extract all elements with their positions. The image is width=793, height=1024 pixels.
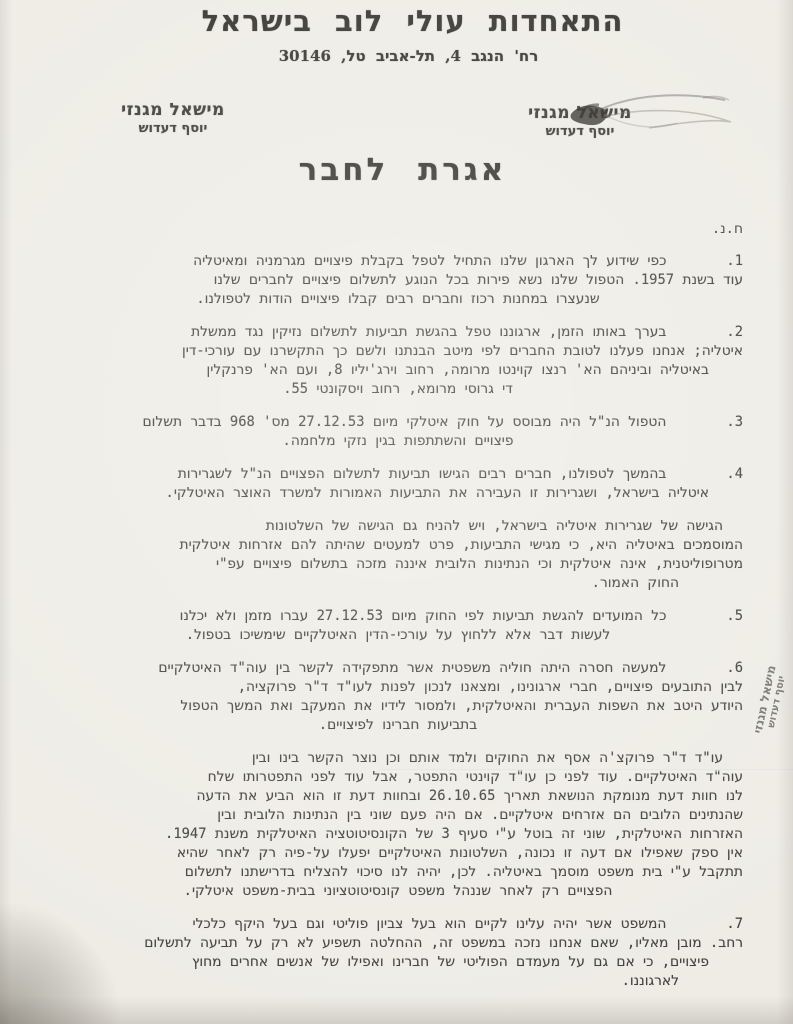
paragraph-line: האזרחות האיטלקית, שוני זה בוטל ע"י סעיף … — [53, 825, 743, 844]
paragraph-text: איטליה בישראל, ושגרירות זו העבירה את התב… — [166, 485, 709, 501]
org-name: התאחדות עולי לוב בישראל — [16, 4, 793, 38]
paragraph-line: פיצויים והשתתפות בגין נזקי מלחמה. — [53, 432, 743, 451]
paragraph-number: 5. — [726, 607, 743, 626]
paragraph: 2.בערך באותו הזמן, ארגוננו טפל בהגשת תבי… — [53, 323, 743, 399]
stamp-name-secondary: יוסף דעדוש — [500, 124, 660, 139]
paragraph-line: 4.בהמשך לטפולנו, חברים רבים הגישו תביעות… — [53, 465, 743, 484]
paragraph-text: עוה"ד האיטלקיים. עוד לפני כן עו"ד קוינטי… — [208, 769, 743, 785]
paragraph-text: רחב. מובן מאליו, שאם אנחנו נזכה במשפט זה… — [144, 935, 743, 951]
paragraph-text: באיטליה וביניהם הא' רנצו קוינטו מרומה, ר… — [207, 362, 709, 378]
paragraph: 7.המשפט אשר יהיה עלינו לקיים הוא בעל צבי… — [53, 915, 743, 991]
paragraph-text: הטפול הנ"ל היה מבוסס על חוק איטלקי מיום … — [142, 414, 666, 430]
paragraph-line: 1.כפי שידוע לך הארגון שלנו התחיל לטפל בק… — [53, 252, 743, 271]
letter-body: ח.נ. 1.כפי שידוע לך הארגון שלנו התחיל לט… — [53, 220, 743, 1005]
paragraph-text: עו"ד ד"ר פרוקצ'ה אסף את החוקים ולמד אותם… — [252, 750, 723, 766]
paragraph-text: די גרוסי מרומא, רחוב ויסקונטי 55. — [283, 381, 513, 397]
paragraph-text: פיצויים והשתתפות בגין נזקי מלחמה. — [283, 433, 514, 449]
paragraph-text: תתקבל ע"י בית משפט מוסמך באיטליה. לכן, י… — [185, 864, 743, 880]
paragraph-text: הגישה של שגרירות איטליה בישראל, ויש להני… — [266, 518, 723, 534]
paragraph-text: שנעצרו במחנות רכוז וחברים רבים קבלו פיצו… — [196, 291, 599, 307]
paragraph-number: 1. — [726, 252, 743, 271]
paragraph-line: די גרוסי מרומא, רחוב ויסקונטי 55. — [53, 380, 743, 399]
paragraph-line: רחב. מובן מאליו, שאם אנחנו נזכה במשפט זה… — [53, 934, 743, 953]
paragraph: 1.כפי שידוע לך הארגון שלנו התחיל לטפל בק… — [53, 252, 743, 309]
paragraph-text: לנו חוות דעת מנומקת הנושאת תאריך 26.10.6… — [196, 788, 743, 804]
paragraph-text: האזרחות האיטלקית, שוני זה בוטל ע"י סעיף … — [165, 826, 743, 842]
paragraph: 4.בהמשך לטפולנו, חברים רבים הגישו תביעות… — [53, 465, 743, 503]
stamp-name: מישאל מגנזי — [500, 103, 660, 123]
paragraph-text: איטליה; אנחנו פעלנו לטובת החברים לפי מיט… — [182, 343, 743, 359]
paragraph: הגישה של שגרירות איטליה בישראל, ויש להני… — [53, 517, 743, 593]
paragraph-line: לארגוננו. — [53, 972, 743, 991]
paragraph-line: באיטליה וביניהם הא' רנצו קוינטו מרומה, ר… — [53, 361, 743, 380]
paragraph: 3.הטפול הנ"ל היה מבוסס על חוק איטלקי מיו… — [53, 413, 743, 451]
stamp-right: מישאל מגנזי יוסף דעדוש — [500, 103, 660, 139]
paragraph-line: פיצויים, כי אם גם על מעמדם הפוליטי של חב… — [53, 953, 743, 972]
paragraph-text: אין ספק שאפילו אם דעה זו נכונה, השלטונות… — [177, 845, 743, 861]
paragraph-line: עוד בשנת 1957. הטפול שלנו נשא פירות בכל … — [53, 271, 743, 290]
paragraph-number: 2. — [726, 323, 743, 342]
paragraph-line: 7.המשפט אשר יהיה עלינו לקיים הוא בעל צבי… — [53, 915, 743, 934]
paragraph-line: הפצויים רק לאחר שננהל משפט קונסיטוטציוני… — [53, 882, 743, 901]
paragraph-line: עוה"ד האיטלקיים. עוד לפני כן עו"ד קוינטי… — [53, 768, 743, 787]
paragraph-line: איטליה בישראל, ושגרירות זו העבירה את התב… — [53, 484, 743, 503]
paragraph-text: לעשות דבר אלא ללחוץ על עורכי-הדין האיטלק… — [186, 627, 611, 643]
paragraph-line: שנעצרו במחנות רכוז וחברים רבים קבלו פיצו… — [53, 290, 743, 309]
paragraph-text: היודע היטב את השפות העברית והאיטלקית, ול… — [180, 698, 743, 714]
salutation: ח.נ. — [53, 220, 743, 239]
paragraph-text: כפי שידוע לך הארגון שלנו התחיל לטפל בקבל… — [193, 253, 666, 269]
paragraph-line: 3.הטפול הנ"ל היה מבוסס על חוק איטלקי מיו… — [53, 413, 743, 432]
paragraph: עו"ד ד"ר פרוקצ'ה אסף את החוקים ולמד אותם… — [53, 749, 743, 901]
paragraph-line: הגישה של שגרירות איטליה בישראל, ויש להני… — [53, 517, 743, 536]
paragraph-line: שהנתינים הלובים הם אזרחים איטלקיים. אם ה… — [53, 806, 743, 825]
stamp-name-secondary: יוסף דעדוש — [93, 121, 253, 136]
paragraph-line: אין ספק שאפילו אם דעה זו נכונה, השלטונות… — [53, 844, 743, 863]
paragraphs-container: 1.כפי שידוע לך הארגון שלנו התחיל לטפל בק… — [53, 252, 743, 991]
paragraph-number: 6. — [726, 659, 743, 678]
paragraph-number: 4. — [726, 465, 743, 484]
stamp-side-vertical: מישאל מגנזי יוסף דעדוש — [745, 639, 793, 762]
paragraph-line: תתקבל ע"י בית משפט מוסמך באיטליה. לכן, י… — [53, 863, 743, 882]
paragraph-text: בתביעות חברינו לפיצויים. — [319, 717, 477, 733]
paragraph-line: איטליה; אנחנו פעלנו לטובת החברים לפי מיט… — [53, 342, 743, 361]
paragraph-number: 3. — [726, 413, 743, 432]
paragraph-number: 7. — [726, 915, 743, 934]
paragraph-text: בערך באותו הזמן, ארגוננו טפל בהגשת תביעו… — [191, 324, 666, 340]
org-address: רח' הנגב 4, תל-אביב טל, 30146 — [12, 47, 793, 65]
paragraph: 5.כל המועדים להגשת תביעות לפי החוק מיום … — [53, 607, 743, 645]
paragraph-line: לנו חוות דעת מנומקת הנושאת תאריך 26.10.6… — [53, 787, 743, 806]
paragraph-line: היודע היטב את השפות העברית והאיטלקית, ול… — [53, 697, 743, 716]
paragraph-text: הפצויים רק לאחר שננהל משפט קונסיטוטציוני… — [184, 883, 613, 899]
stamp-left: מישאל מגנזי יוסף דעדוש — [93, 100, 253, 136]
paragraph-line: לעשות דבר אלא ללחוץ על עורכי-הדין האיטלק… — [53, 626, 743, 645]
paragraph-text: לבין התובעים פיצויים, חברי ארגונינו, ומצ… — [238, 679, 743, 695]
paragraph-line: 5.כל המועדים להגשת תביעות לפי החוק מיום … — [53, 607, 743, 626]
paragraph-text: לארגוננו. — [622, 973, 679, 989]
paragraph-text: המוסמכים באיטליה היא, כי מגישי התביעות, … — [180, 537, 744, 553]
paragraph-text: החוק האמור. — [592, 575, 679, 591]
paragraph-text: כל המועדים להגשת תביעות לפי החוק מיום 27… — [180, 608, 667, 624]
stamp-name: מישאל מגנזי — [93, 100, 253, 120]
paragraph: 6.למעשה חסרה היתה חוליה משפטית אשר מתפקי… — [53, 659, 743, 735]
paragraph-text: פיצויים, כי אם גם על מעמדם הפוליטי של חב… — [192, 954, 709, 970]
paragraph-line: לבין התובעים פיצויים, חברי ארגונינו, ומצ… — [53, 678, 743, 697]
scanned-letter-page: התאחדות עולי לוב בישראל רח' הנגב 4, תל-א… — [0, 0, 793, 1024]
paragraph-line: המוסמכים באיטליה היא, כי מגישי התביעות, … — [53, 536, 743, 555]
paragraph-text: למעשה חסרה היתה חוליה משפטית אשר מתפקידה… — [158, 660, 666, 676]
paragraph-line: 2.בערך באותו הזמן, ארגוננו טפל בהגשת תבי… — [53, 323, 743, 342]
paragraph-line: מטרופוליטנית, אינה איטלקית וכי הנתינות ה… — [53, 555, 743, 574]
paragraph-text: שהנתינים הלובים הם אזרחים איטלקיים. אם ה… — [217, 807, 743, 823]
paragraph-text: עוד בשנת 1957. הטפול שלנו נשא פירות בכל … — [214, 272, 743, 288]
paragraph-text: המשפט אשר יהיה עלינו לקיים הוא בעל צביון… — [193, 916, 667, 932]
paragraph-line: עו"ד ד"ר פרוקצ'ה אסף את החוקים ולמד אותם… — [53, 749, 743, 768]
paragraph-text: בהמשך לטפולנו, חברים רבים הגישו תביעות ל… — [178, 466, 667, 482]
letter-title: אגרת לחבר — [6, 152, 793, 188]
paragraph-line: בתביעות חברינו לפיצויים. — [53, 716, 743, 735]
paragraph-line: החוק האמור. — [53, 574, 743, 593]
paragraph-line: 6.למעשה חסרה היתה חוליה משפטית אשר מתפקי… — [53, 659, 743, 678]
paragraph-text: מטרופוליטנית, אינה איטלקית וכי הנתינות ה… — [216, 556, 743, 572]
